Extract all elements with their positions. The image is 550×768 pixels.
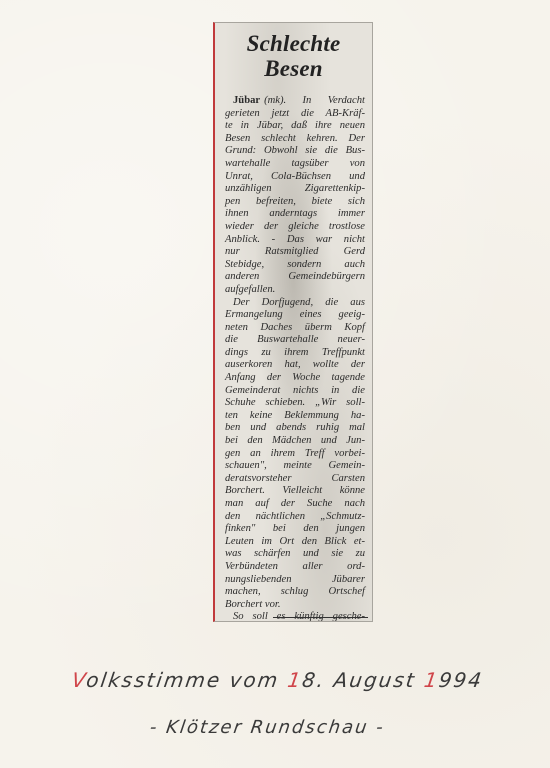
bottom-rule xyxy=(273,617,368,618)
article-line: deratsvorsteher Carsten xyxy=(225,473,365,486)
article-line: Jübar(mk). In Verdacht xyxy=(225,95,365,108)
article-line: Anfang der Woche tagende xyxy=(225,372,365,385)
article-line: unzähligen Zigarettenkip- xyxy=(225,183,365,196)
handwriting-year: 994 xyxy=(437,668,485,692)
article-line: wieder der gleiche trostlose xyxy=(225,221,365,234)
article-line: gerieten jetzt die AB-Kräf- xyxy=(225,108,365,121)
article-line: anderen Gemeindebürgern xyxy=(225,271,365,284)
newspaper-clipping: Schlechte Besen Jübar(mk). In Verdachtge… xyxy=(213,22,373,622)
article-line: Borchert vor. xyxy=(225,599,365,612)
article-line: nur Ratsmitglied Gerd xyxy=(225,246,365,259)
article-line: Borchert. Vielleicht könne xyxy=(225,485,365,498)
article-line: Leuten im Ort den Blick et- xyxy=(225,536,365,549)
article-line: Grund: Obwohl sie die Bus- xyxy=(225,145,365,158)
article-line: dings zu ihrem Treffpunkt xyxy=(225,347,365,360)
article-line: Ermangelung eines geeig- xyxy=(225,309,365,322)
handwriting-date: 8. August xyxy=(301,668,426,692)
handwritten-newspaper-section: - Klötzer Rundschau - xyxy=(149,717,387,738)
article-line: finken" bei den jungen xyxy=(225,523,365,536)
article-line: ben und abends ruhig mal xyxy=(225,422,365,435)
article-dateline: Jübar xyxy=(233,95,260,106)
headline-line-2: Besen xyxy=(215,56,372,81)
article-line: Schuhe schieben. „Wir soll- xyxy=(225,397,365,410)
article-line: Stebidge, sondern auch xyxy=(225,259,365,272)
article-line: Besen schlecht kehren. Der xyxy=(225,133,365,146)
handwriting-source: olksstimme vom xyxy=(85,668,290,692)
article-line: ten keine Beklemmung ha- xyxy=(225,410,365,423)
article-line: was schärfen und sie zu xyxy=(225,548,365,561)
article-line: ihnen anderntags immer xyxy=(225,208,365,221)
article-headline: Schlechte Besen xyxy=(215,31,372,81)
handwritten-source-date: Volksstimme vom 18. August 1994 xyxy=(70,668,484,692)
article-line: die Buswartehalle neuer- xyxy=(225,334,365,347)
article-line: den nächtlichen „Schmutz- xyxy=(225,511,365,524)
article-line: nungsliebenden Jübarer xyxy=(225,574,365,587)
article-line: Anblick. - Das war nicht xyxy=(225,234,365,247)
article-line: auserkoren hat, wollte der xyxy=(225,359,365,372)
article-line: bei den Mädchen und Jun- xyxy=(225,435,365,448)
article-line: machen, schlug Ortschef xyxy=(225,586,365,599)
article-line-text: (mk). In Verdacht xyxy=(260,95,365,106)
article-line: Unrat, Cola-Büchsen und xyxy=(225,171,365,184)
article-line: Gemeinderat nichts in die xyxy=(225,385,365,398)
article-line: neten Daches überm Kopf xyxy=(225,322,365,335)
article-line: schauen", meinte Gemein- xyxy=(225,460,365,473)
article-line: gen an ihrem Treff vorbei- xyxy=(225,448,365,461)
article-line: wartehalle tagsüber von xyxy=(225,158,365,171)
article-line: aufgefallen. xyxy=(225,284,365,297)
article-line: Der Dorfjugend, die aus xyxy=(225,297,365,310)
article-line: te in Jübar, daß ihre neuen xyxy=(225,120,365,133)
article-line: pen befreiten, biete sich xyxy=(225,196,365,209)
article-line: man auf der Suche nach xyxy=(225,498,365,511)
article-body: Jübar(mk). In Verdachtgerieten jetzt die… xyxy=(215,95,372,622)
headline-line-1: Schlechte xyxy=(215,31,372,56)
article-line: Verbündeten aller ord- xyxy=(225,561,365,574)
